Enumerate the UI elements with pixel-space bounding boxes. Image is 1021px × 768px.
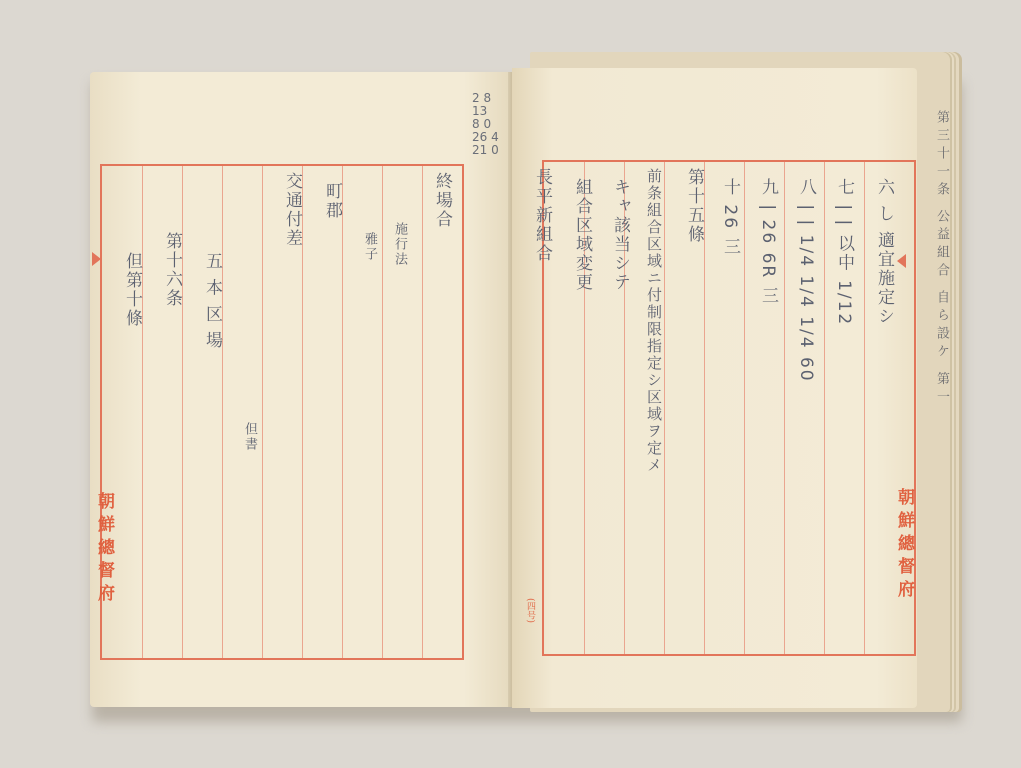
left-index-tab (92, 252, 101, 266)
footer-stamp: (四号) (524, 598, 537, 623)
handwritten-column: 第十六条 (160, 232, 185, 308)
handwritten-column: キャ該当シテ (608, 178, 633, 292)
handwritten-column: 組合区域変更 (570, 178, 595, 292)
handwritten-column: 町郡 (320, 182, 345, 220)
page-edge-note: 第三十一条 公益組合 自ら設ケ 第一 (932, 110, 951, 407)
right-margin-imprint: 朝鮮總督府 (892, 488, 917, 603)
handwritten-column: 五 本 区 場 (200, 252, 225, 350)
handwritten-column: 八 | | 1/4 1/4 1/4 60 (794, 178, 819, 383)
left-page: 朝鮮總督府 2 813 8 026 4 21 0 終場合 施行法 雅子 町郡 交… (90, 72, 515, 707)
handwritten-column: 六 し 適宜施定シ (872, 178, 897, 326)
left-margin-imprint: 朝鮮總督府 (92, 492, 117, 607)
top-calculation: 2 813 8 026 4 21 0 (472, 92, 512, 157)
handwritten-column: 長平新組合 (530, 168, 555, 263)
right-index-tab (897, 254, 906, 268)
handwritten-column: 雅子 (360, 232, 379, 262)
handwritten-column: 交通付差 (280, 172, 305, 248)
handwritten-column: 施行法 (390, 222, 409, 267)
handwritten-column: 九 | 26 6R 三 (756, 178, 781, 306)
handwritten-column: 但書 (240, 422, 259, 452)
handwritten-column: 但第十條 (120, 252, 145, 328)
handwritten-column: 終場合 (430, 172, 455, 229)
handwritten-column: 七 | | 以中 1/12 (832, 178, 857, 326)
right-page: 朝鮮總督府 (四号) 六 し 適宜施定シ 七 | | 以中 1/12 八 | |… (512, 68, 917, 708)
handwritten-column: 第十五條 (682, 168, 707, 244)
handwritten-column: 前条組合区域ニ付制限指定シ区域ヲ定メ (644, 168, 665, 474)
handwritten-column: 十 26 三 (718, 178, 743, 256)
